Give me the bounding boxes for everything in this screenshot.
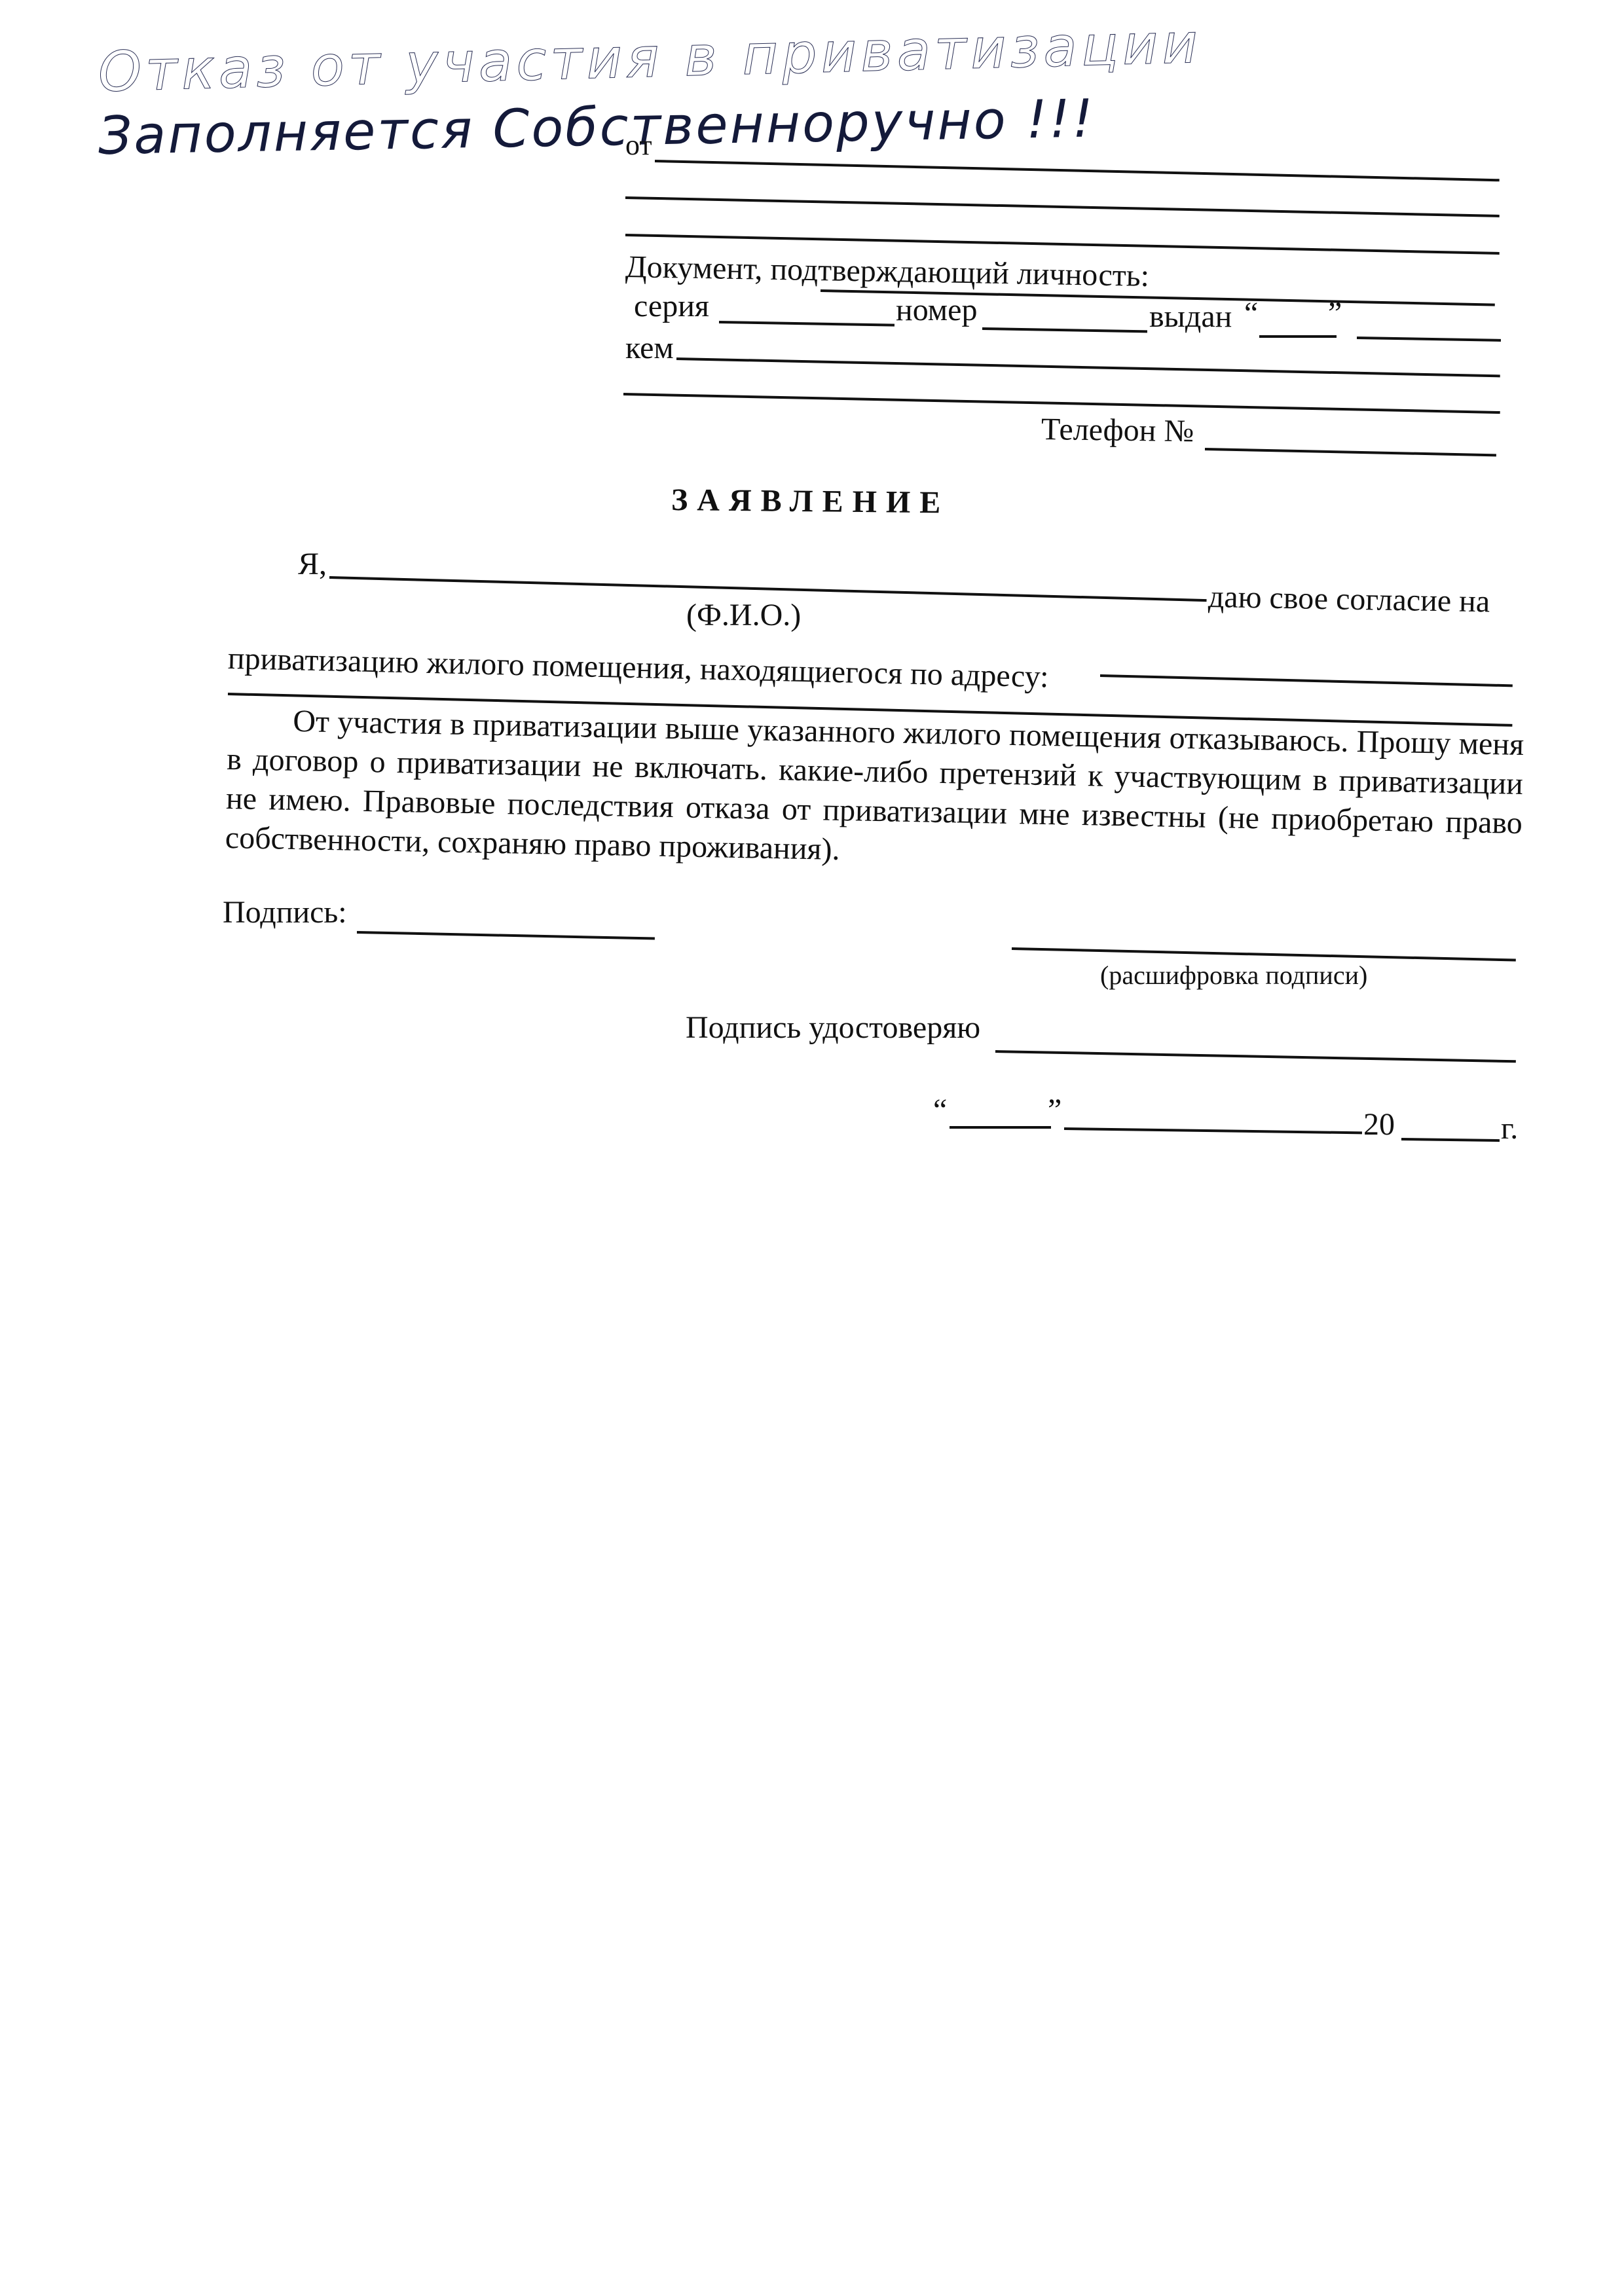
document-page: Отказ от участия в приватизации Заполняе… [0, 0, 1624, 2296]
signature-field[interactable] [357, 931, 655, 940]
phone-field[interactable] [1205, 448, 1496, 456]
date-day-field[interactable] [950, 1126, 1051, 1129]
signature-decode-field[interactable] [1012, 947, 1516, 961]
year-prefix: 20 [1363, 1109, 1395, 1140]
from-field-line-1[interactable] [655, 160, 1500, 181]
refusal-paragraph-text: От участия в приватизации выше указанног… [225, 701, 1524, 883]
refusal-paragraph: От участия в приватизации выше указанног… [225, 701, 1524, 883]
i-label: Я, [298, 549, 327, 580]
from-field-line-2[interactable] [625, 196, 1500, 217]
consent-text: даю свое согласие на [1208, 581, 1490, 618]
document-title: ЗАЯВЛЕНИЕ [671, 484, 950, 519]
issued-close-quote: ” [1328, 298, 1342, 329]
from-label: от [625, 131, 652, 160]
series-label: серия [634, 291, 709, 322]
fio-hint: (Ф.И.О.) [686, 600, 801, 631]
handwritten-note-line1: Отказ от участия в приватизации [98, 16, 1202, 100]
certify-field[interactable] [995, 1050, 1516, 1063]
by-whom-field-line-1[interactable] [676, 357, 1500, 377]
id-document-label: Документ, подтверждающий личность: [625, 251, 1150, 292]
date-month-field[interactable] [1064, 1127, 1362, 1134]
series-field[interactable] [719, 321, 895, 327]
issued-label: выдан [1149, 301, 1232, 333]
by-whom-label: кем [625, 333, 674, 364]
signature-label: Подпись: [223, 897, 347, 928]
phone-label: Телефон № [1041, 414, 1194, 447]
by-whom-field-line-2[interactable] [623, 393, 1500, 414]
year-suffix: г. [1501, 1113, 1518, 1144]
address-text: приватизацию жилого помещения, находящие… [227, 643, 1048, 693]
year-field[interactable] [1401, 1138, 1500, 1142]
number-label: номер [896, 295, 977, 326]
issued-date-field[interactable] [1357, 337, 1501, 342]
issued-open-quote: “ [1244, 298, 1258, 329]
handwritten-note-line2: Заполняется Собственноручно !!! [98, 92, 1096, 162]
date-close-quote: ” [1048, 1095, 1061, 1126]
number-field[interactable] [982, 327, 1147, 333]
certify-label: Подпись удостоверяю [686, 1012, 980, 1044]
issued-day-field[interactable] [1259, 335, 1337, 338]
address-field-line-1[interactable] [1100, 674, 1513, 687]
date-open-quote: “ [933, 1095, 947, 1126]
signature-decode-hint: (расшифровка подписи) [1100, 962, 1367, 989]
